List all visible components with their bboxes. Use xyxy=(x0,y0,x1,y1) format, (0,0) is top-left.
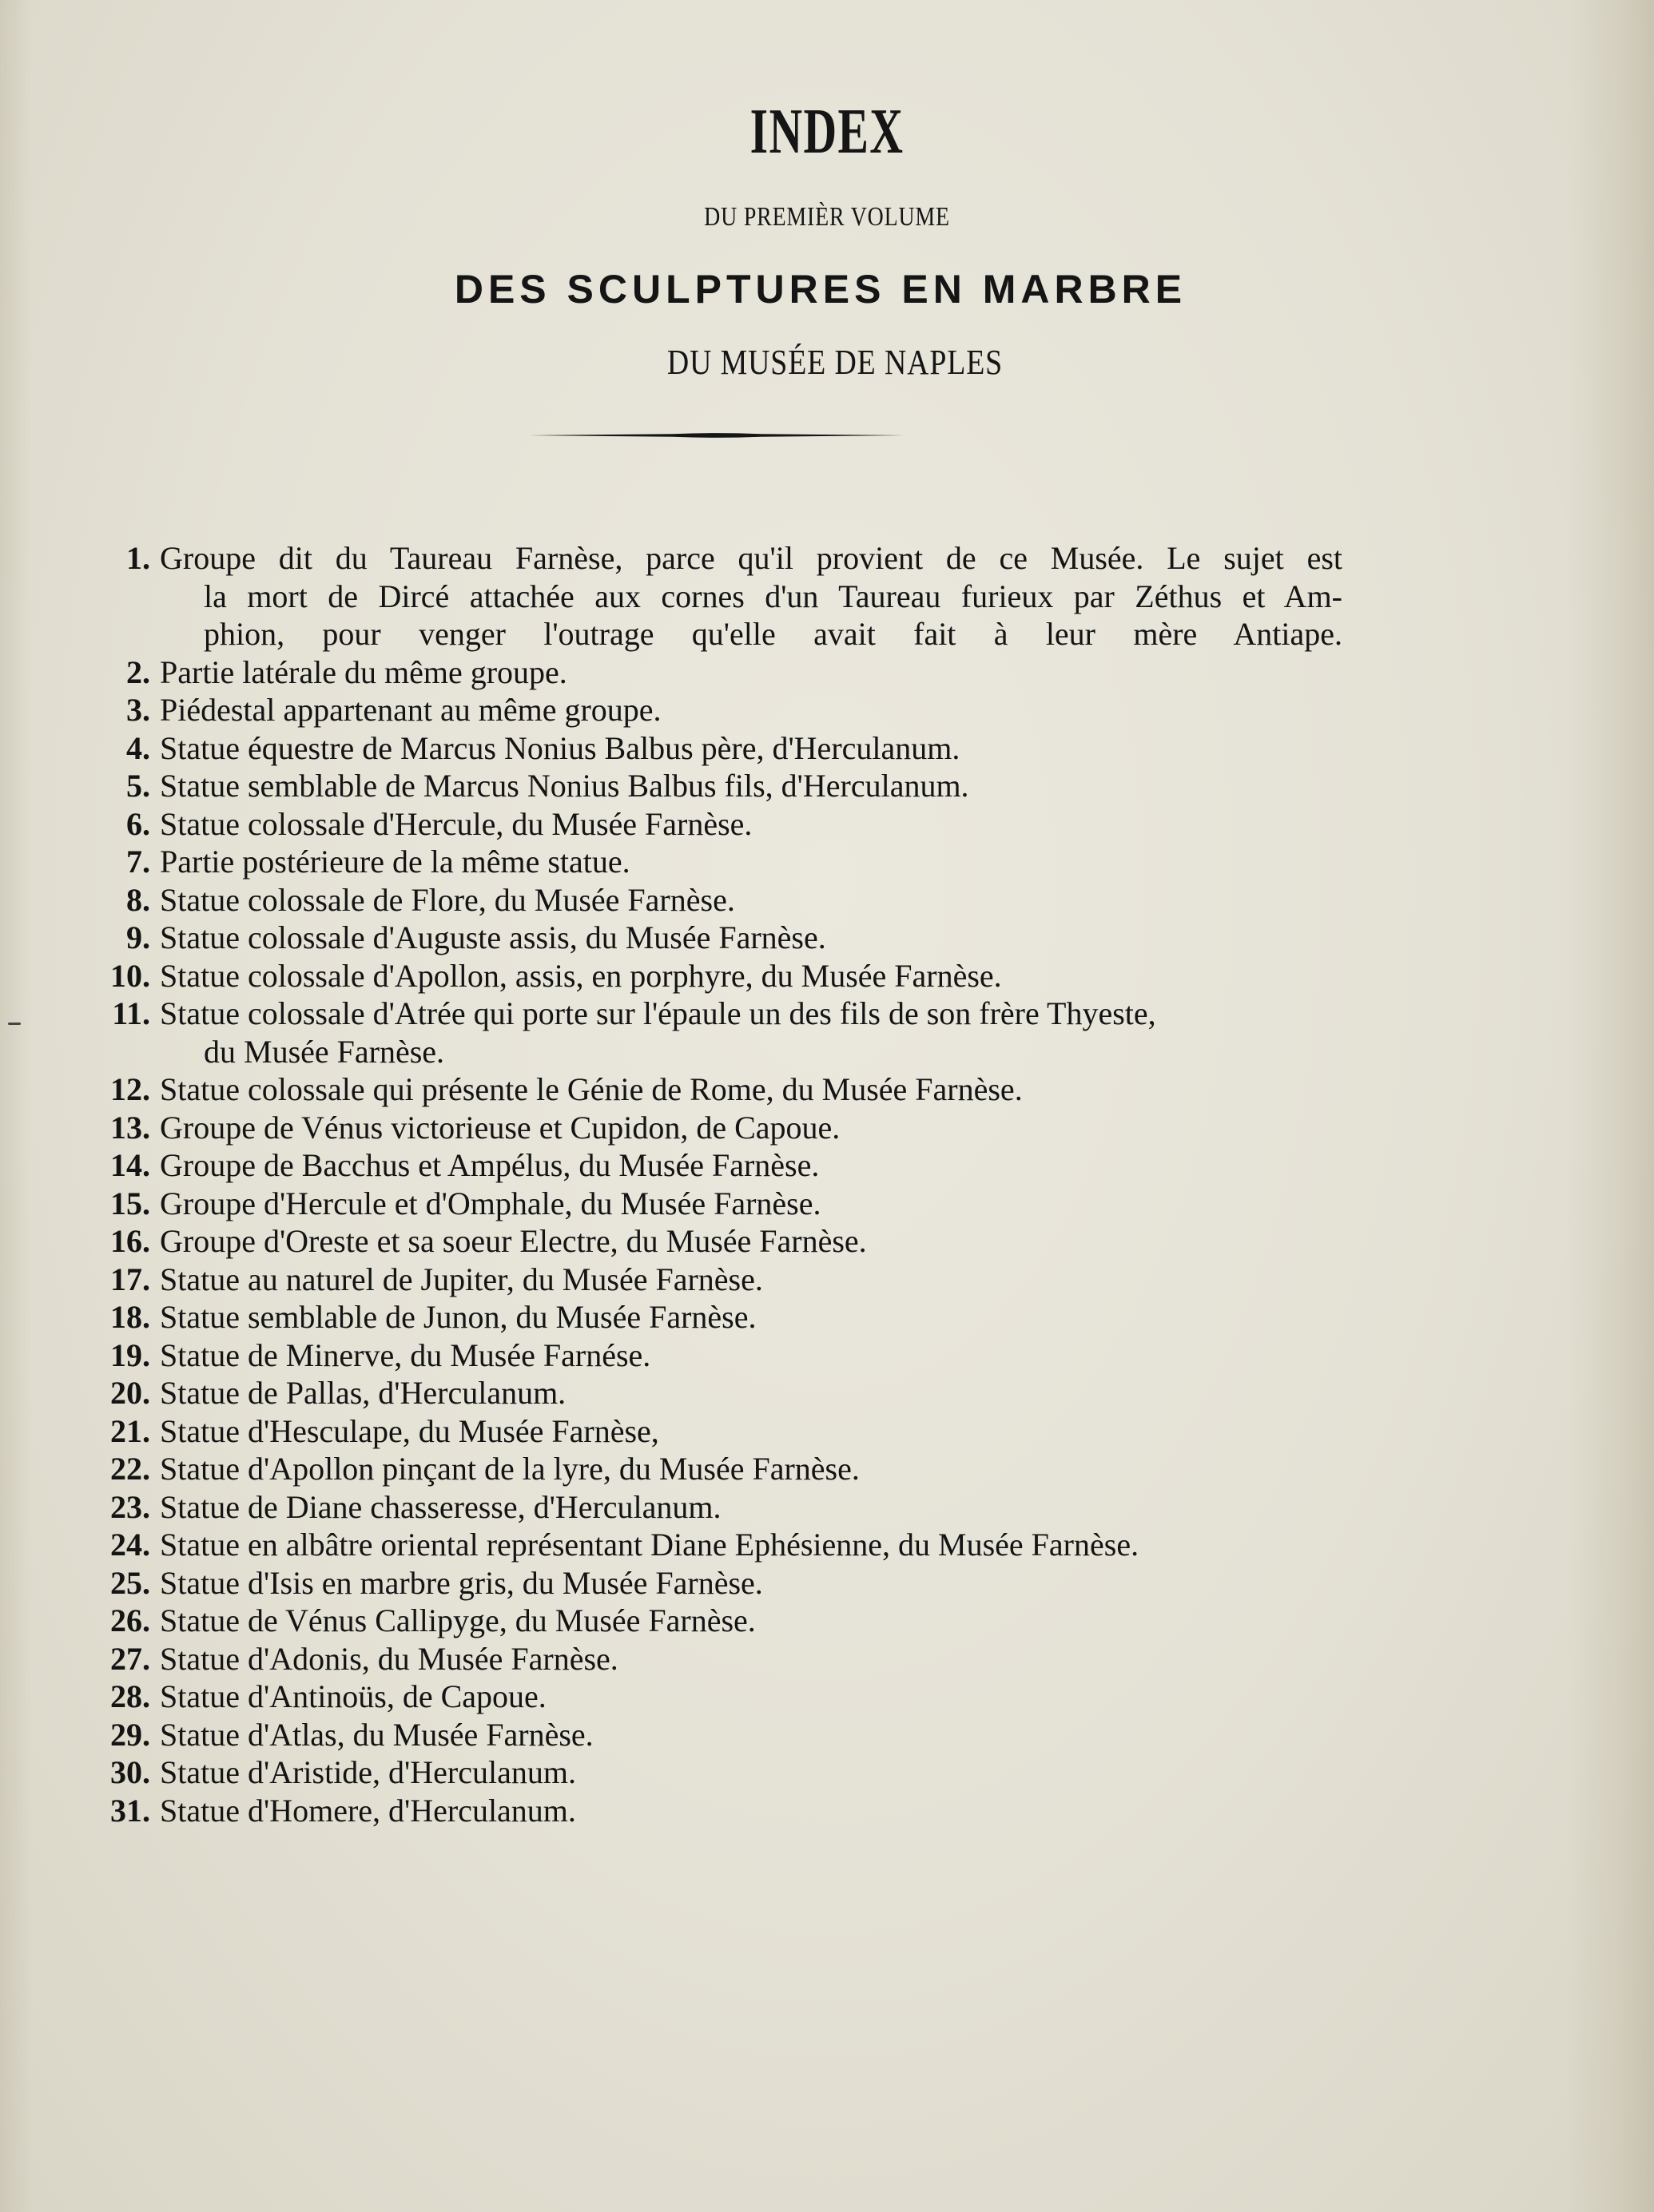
index-list: 1. Groupe dit du Taureau Farnèse, parce … xyxy=(88,539,1342,1829)
entry-text: Statue colossale d'Auguste assis, du Mus… xyxy=(160,919,1342,957)
index-entry: 14. Groupe de Bacchus et Ampélus, du Mus… xyxy=(88,1146,1342,1185)
entry-number: 17. xyxy=(88,1261,160,1299)
subtitle-main: DES SCULPTURES EN MARBRE xyxy=(0,266,1648,312)
entry-number: 13. xyxy=(88,1109,160,1147)
index-entry: 8. Statue colossale de Flore, du Musée F… xyxy=(88,881,1342,919)
index-entry: 7. Partie postérieure de la même statue. xyxy=(88,843,1342,881)
index-entry: 28. Statue d'Antinoüs, de Capoue. xyxy=(88,1678,1342,1716)
entry-number: 7. xyxy=(88,843,160,881)
entry-number: 19. xyxy=(88,1336,160,1375)
entry-number: 15. xyxy=(88,1185,160,1223)
page-shadow-left xyxy=(0,0,32,2212)
entry-text: Groupe d'Hercule et d'Omphale, du Musée … xyxy=(160,1185,1342,1223)
index-entry: 21. Statue d'Hesculape, du Musée Farnèse… xyxy=(88,1412,1342,1451)
margin-mark xyxy=(8,1023,21,1025)
entry-number: 12. xyxy=(88,1070,160,1109)
entry-text-continued: du Musée Farnèse. xyxy=(160,1033,1342,1071)
entry-number: 6. xyxy=(88,805,160,844)
book-page: INDEX DU PREMIÈR VOLUME DES SCULPTURES E… xyxy=(0,0,1654,2212)
page-title: INDEX xyxy=(232,96,1422,169)
index-entry: 19. Statue de Minerve, du Musée Farnése. xyxy=(88,1336,1342,1375)
entry-text-continued: phion, pour venger l'outrage qu'elle ava… xyxy=(160,615,1342,653)
entry-number: 11. xyxy=(88,995,160,1033)
entry-text: Statue colossale de Flore, du Musée Farn… xyxy=(160,881,1342,919)
index-entry: 27. Statue d'Adonis, du Musée Farnèse. xyxy=(88,1640,1342,1678)
entry-number: 27. xyxy=(88,1640,160,1678)
entry-text: Statue au naturel de Jupiter, du Musée F… xyxy=(160,1261,1342,1299)
entry-text: Statue d'Hesculape, du Musée Farnèse, xyxy=(160,1412,1342,1451)
entry-number: 4. xyxy=(88,729,160,768)
entry-number: 22. xyxy=(88,1450,160,1488)
index-entry: 29. Statue d'Atlas, du Musée Farnèse. xyxy=(88,1716,1342,1754)
entry-text: Partie latérale du même groupe. xyxy=(160,653,1342,692)
entry-text: Groupe de Vénus victorieuse et Cupidon, … xyxy=(160,1109,1342,1147)
entry-number: 5. xyxy=(88,767,160,805)
entry-text: Groupe de Bacchus et Ampélus, du Musée F… xyxy=(160,1146,1342,1185)
entry-text: Statue d'Atlas, du Musée Farnèse. xyxy=(160,1716,1342,1754)
index-entry: 30. Statue d'Aristide, d'Herculanum. xyxy=(88,1753,1342,1792)
entry-number: 21. xyxy=(88,1412,160,1451)
entry-number: 20. xyxy=(88,1374,160,1412)
page-shadow-right xyxy=(1566,0,1654,2212)
index-entry: 31. Statue d'Homere, d'Herculanum. xyxy=(88,1792,1342,1830)
entry-text: Partie postérieure de la même statue. xyxy=(160,843,1342,881)
entry-number: 1. xyxy=(88,539,160,578)
entry-number: 28. xyxy=(88,1678,160,1716)
entry-number: 14. xyxy=(88,1146,160,1185)
entry-text: Statue de Pallas, d'Herculanum. xyxy=(160,1374,1342,1412)
entry-number: 9. xyxy=(88,919,160,957)
entry-text: Statue colossale d'Atrée qui porte sur l… xyxy=(160,995,1342,1033)
index-entry: 22. Statue d'Apollon pinçant de la lyre,… xyxy=(88,1450,1342,1488)
index-entry: 20. Statue de Pallas, d'Herculanum. xyxy=(88,1374,1342,1412)
index-entry: 13. Groupe de Vénus victorieuse et Cupid… xyxy=(88,1109,1342,1147)
entry-text: Statue d'Adonis, du Musée Farnèse. xyxy=(160,1640,1342,1678)
index-entry: 11. Statue colossale d'Atrée qui porte s… xyxy=(88,995,1342,1070)
index-entry: 6. Statue colossale d'Hercule, du Musée … xyxy=(88,805,1342,844)
index-entry: 4. Statue équestre de Marcus Nonius Balb… xyxy=(88,729,1342,768)
entry-number: 2. xyxy=(88,653,160,692)
entry-text: Statue colossale qui présente le Génie d… xyxy=(160,1070,1342,1109)
index-entry: 26. Statue de Vénus Callipyge, du Musée … xyxy=(88,1602,1342,1640)
entry-number: 30. xyxy=(88,1753,160,1792)
entry-text: Statue colossale d'Apollon, assis, en po… xyxy=(160,957,1342,995)
entry-number: 25. xyxy=(88,1564,160,1602)
entry-number: 29. xyxy=(88,1716,160,1754)
entry-number: 23. xyxy=(88,1488,160,1527)
subtitle-volume: DU PREMIÈR VOLUME xyxy=(149,202,1505,232)
entry-number: 3. xyxy=(88,691,160,729)
index-entry: 1. Groupe dit du Taureau Farnèse, parce … xyxy=(88,539,1342,653)
entry-number: 10. xyxy=(88,957,160,995)
entry-number: 26. xyxy=(88,1602,160,1640)
entry-text: Statue colossale d'Hercule, du Musée Far… xyxy=(160,805,1342,844)
index-entry: 9. Statue colossale d'Auguste assis, du … xyxy=(88,919,1342,957)
entry-text: Statue en albâtre oriental représentant … xyxy=(160,1526,1342,1564)
entry-text: Statue d'Isis en marbre gris, du Musée F… xyxy=(160,1564,1342,1602)
index-entry: 10. Statue colossale d'Apollon, assis, e… xyxy=(88,957,1342,995)
entry-text: Piédestal appartenant au même groupe. xyxy=(160,691,1342,729)
entry-text: Statue de Diane chasseresse, d'Herculanu… xyxy=(160,1488,1342,1527)
entry-text: Statue d'Antinoüs, de Capoue. xyxy=(160,1678,1342,1716)
index-entry: 2. Partie latérale du même groupe. xyxy=(88,653,1342,692)
entry-text: Groupe d'Oreste et sa soeur Electre, du … xyxy=(160,1222,1342,1261)
entry-text: Statue semblable de Marcus Nonius Balbus… xyxy=(160,767,1342,805)
index-entry: 23. Statue de Diane chasseresse, d'Hercu… xyxy=(88,1488,1342,1527)
index-entry: 24. Statue en albâtre oriental représent… xyxy=(88,1526,1342,1564)
subtitle-museum: DU MUSÉE DE NAPLES xyxy=(124,342,1546,383)
entry-text: Statue semblable de Junon, du Musée Farn… xyxy=(160,1298,1342,1336)
entry-number: 8. xyxy=(88,881,160,919)
entry-text: Statue de Minerve, du Musée Farnése. xyxy=(160,1336,1342,1375)
entry-number: 24. xyxy=(88,1526,160,1564)
index-entry: 17. Statue au naturel de Jupiter, du Mus… xyxy=(88,1261,1342,1299)
entry-text: Statue de Vénus Callipyge, du Musée Farn… xyxy=(160,1602,1342,1640)
entry-number: 18. xyxy=(88,1298,160,1336)
entry-text: Groupe dit du Taureau Farnèse, parce qu'… xyxy=(160,539,1342,578)
entry-number: 31. xyxy=(88,1792,160,1830)
index-entry: 15. Groupe d'Hercule et d'Omphale, du Mu… xyxy=(88,1185,1342,1223)
index-entry: 25. Statue d'Isis en marbre gris, du Mus… xyxy=(88,1564,1342,1602)
index-entry: 16. Groupe d'Oreste et sa soeur Electre,… xyxy=(88,1222,1342,1261)
index-entry: 3. Piédestal appartenant au même groupe. xyxy=(88,691,1342,729)
entry-text: Statue d'Homere, d'Herculanum. xyxy=(160,1792,1342,1830)
index-entry: 12. Statue colossale qui présente le Gén… xyxy=(88,1070,1342,1109)
entry-text: Statue équestre de Marcus Nonius Balbus … xyxy=(160,729,1342,768)
entry-number: 16. xyxy=(88,1222,160,1261)
entry-text: Statue d'Apollon pinçant de la lyre, du … xyxy=(160,1450,1342,1488)
index-entry: 5. Statue semblable de Marcus Nonius Bal… xyxy=(88,767,1342,805)
entry-text-continued: la mort de Dircé attachée aux cornes d'u… xyxy=(160,578,1342,616)
decorative-rule xyxy=(529,431,905,439)
entry-text: Statue d'Aristide, d'Herculanum. xyxy=(160,1753,1342,1792)
index-entry: 18. Statue semblable de Junon, du Musée … xyxy=(88,1298,1342,1336)
